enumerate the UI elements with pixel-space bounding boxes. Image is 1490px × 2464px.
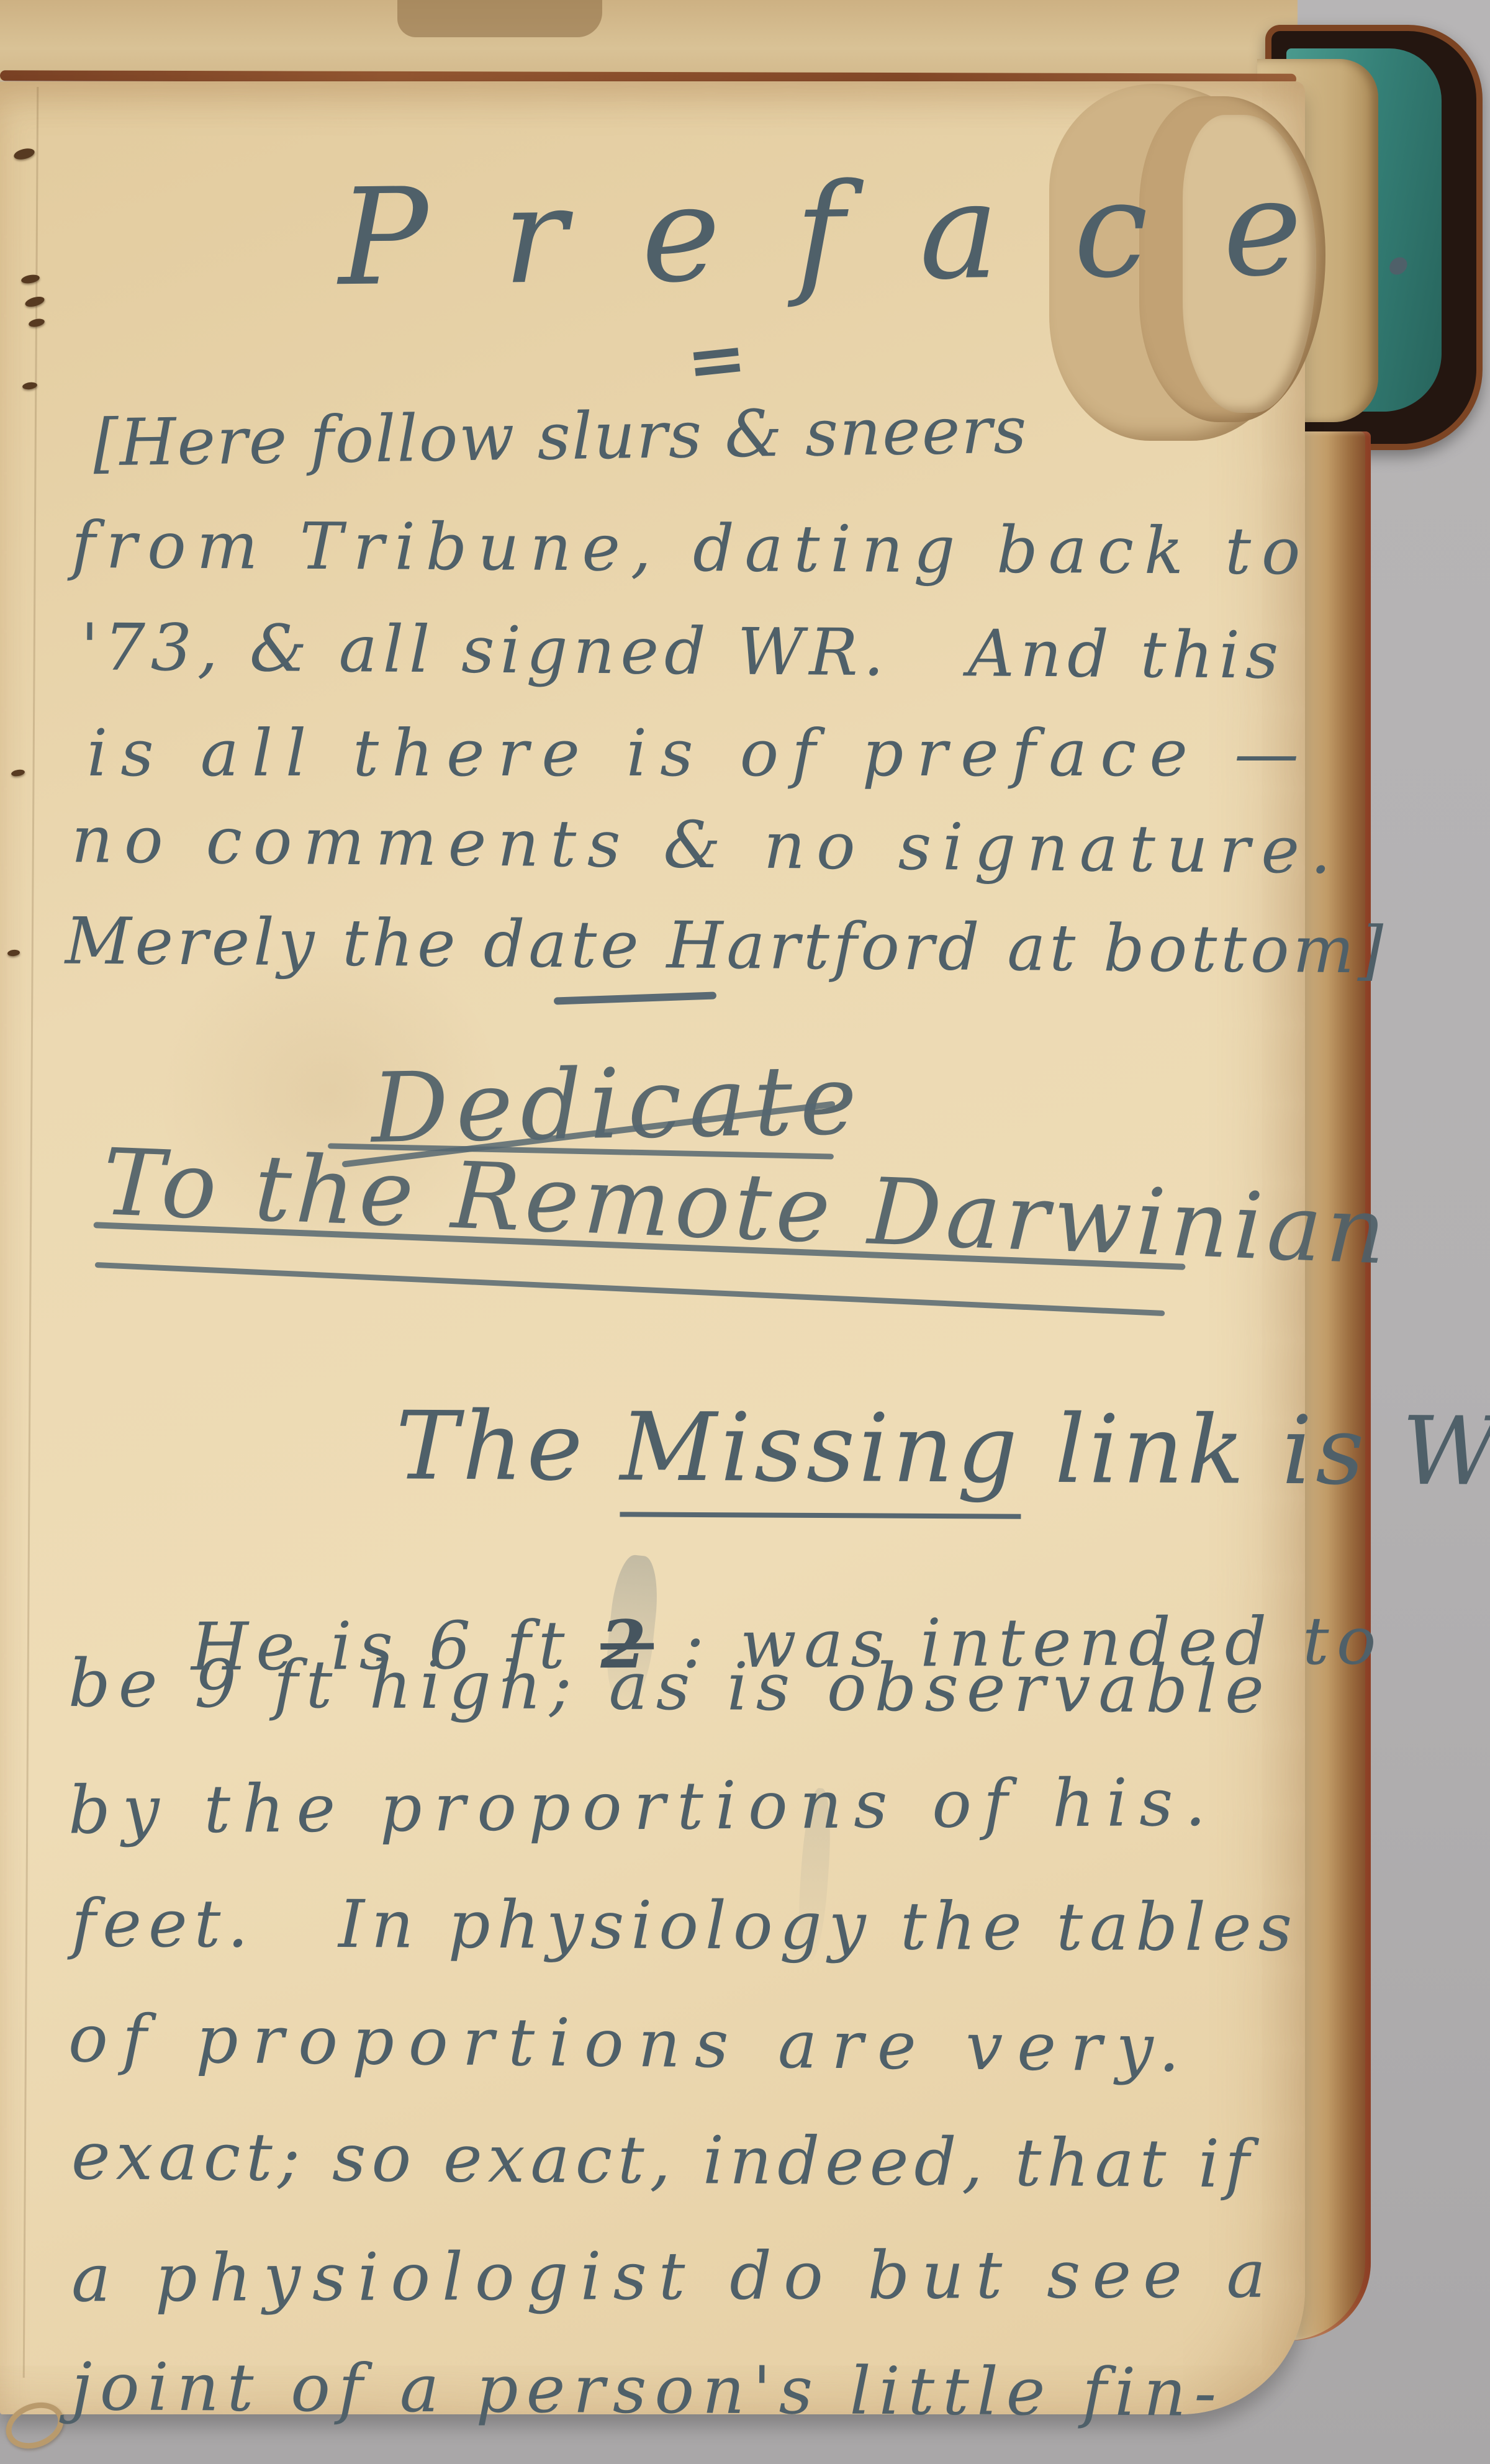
top-edge-blotch [397, 0, 602, 37]
body-line: of proportions are very. [68, 2000, 1194, 2087]
top-page-edges [0, 0, 1298, 81]
dedication-underlined-word: Missing [620, 1392, 1021, 1519]
body-line: a physiologist do but see a [71, 2236, 1278, 2317]
notebook-photo: P r e f a c e . = [Here follow slurs & s… [0, 0, 1490, 2464]
note-line: no comments & no signature. [71, 801, 1343, 888]
body-line: exact; so exact, indeed, that if [71, 2118, 1255, 2202]
body-line: be 9 ft high; as is observable [68, 1645, 1273, 1728]
note-line: '73, & all signed WR. And this [81, 609, 1285, 693]
page-title: P r e f a c e . [338, 148, 1436, 315]
note-line: from Tribune, dating back to [71, 507, 1311, 589]
note-line: is all there is of preface — [87, 715, 1312, 791]
body-line: by the proportions of his. [68, 1764, 1218, 1849]
note-line: Merely the date Hartford at bottom] [65, 903, 1388, 988]
body-line: feet. In physiology the tables [71, 1885, 1299, 1966]
dedication-prefix: The [395, 1391, 620, 1502]
note-line: [Here follow slurs & sneers [93, 392, 1028, 481]
title-equal-mark: = [682, 315, 751, 404]
body-line: joint of a person's little fin- [71, 2349, 1225, 2431]
dedication-suffix: link is WR. [1021, 1394, 1490, 1507]
